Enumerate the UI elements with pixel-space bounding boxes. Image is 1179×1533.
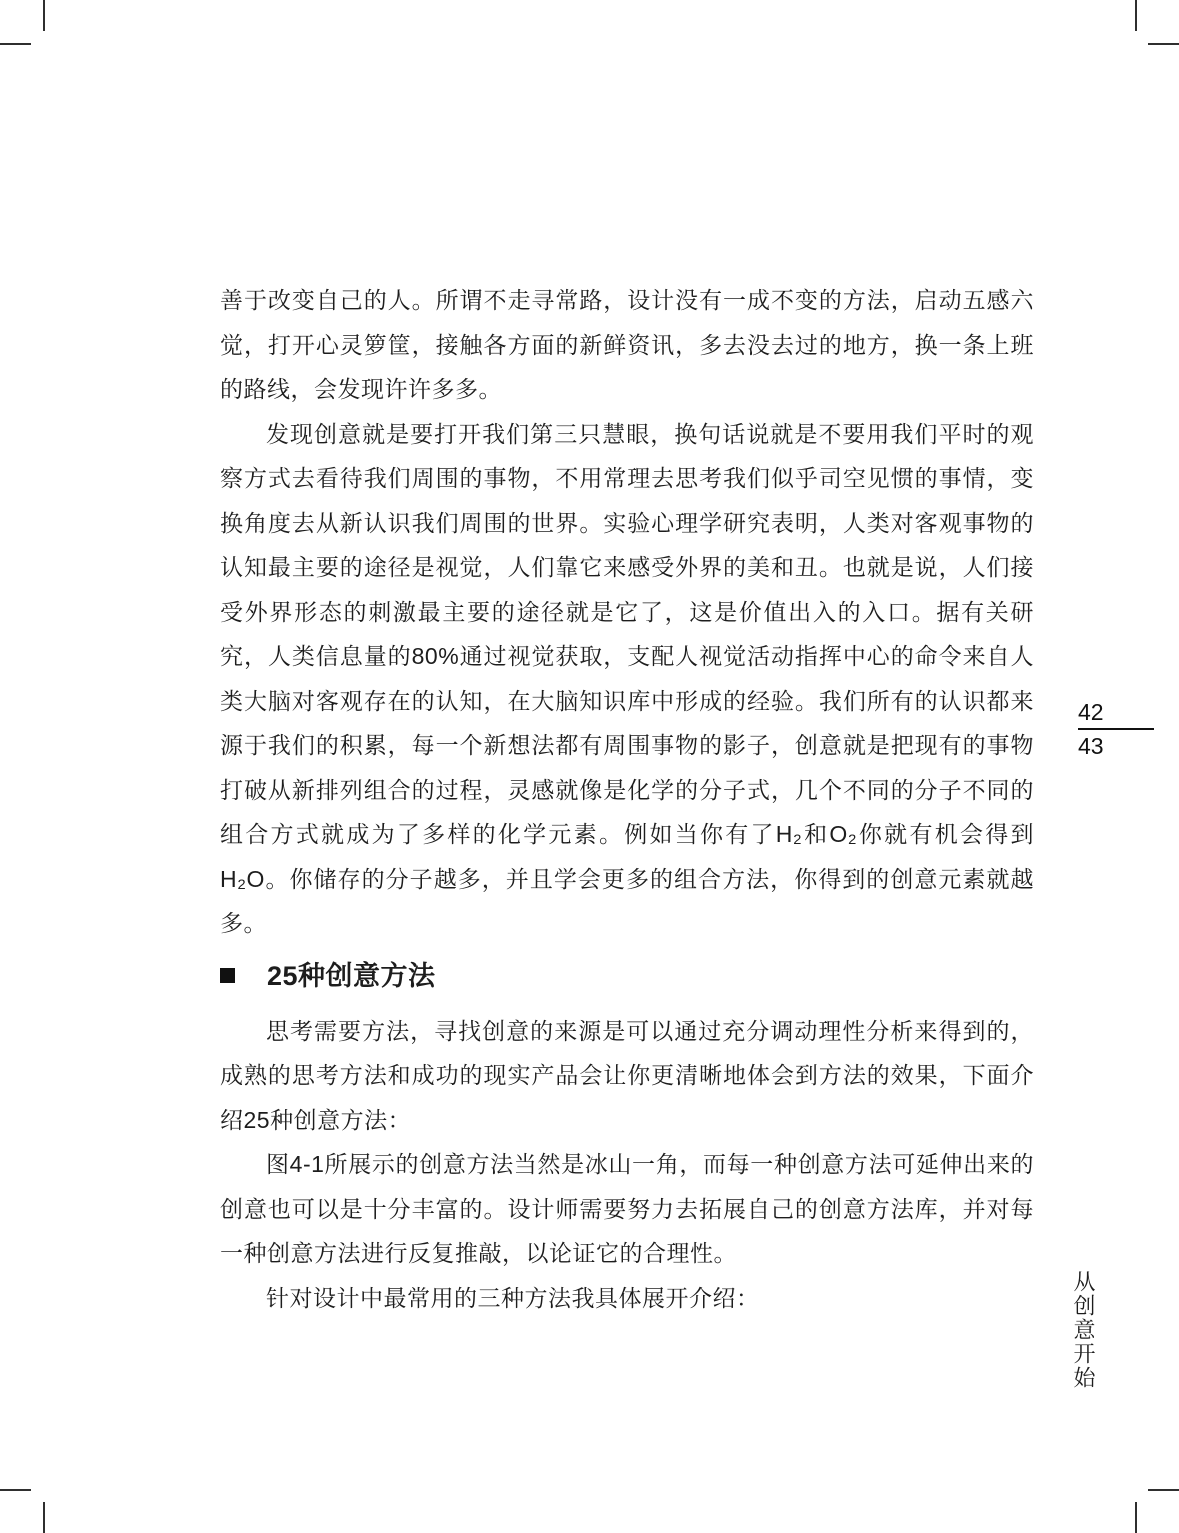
crop-mark-top-left-horizontal <box>0 43 31 45</box>
crop-mark-bottom-left-horizontal <box>0 1489 31 1491</box>
side-caption: 从创意开始 <box>1068 1270 1099 1390</box>
book-page: 善于改变自己的人。所谓不走寻常路，设计没有一成不变的方法，启动五感六觉，打开心灵… <box>0 0 1179 1533</box>
crop-mark-bottom-right-vertical <box>1135 1502 1137 1533</box>
crop-mark-bottom-right-horizontal <box>1148 1489 1179 1491</box>
folio-divider <box>1078 728 1154 730</box>
crop-mark-top-right-vertical <box>1135 0 1137 31</box>
folio-number-top: 42 <box>1078 699 1154 726</box>
paragraph: 思考需要方法，寻找创意的来源是可以通过充分调动理性分析来得到的，成熟的思考方法和… <box>220 1009 1034 1143</box>
crop-mark-bottom-left-vertical <box>43 1502 45 1533</box>
text-column: 善于改变自己的人。所谓不走寻常路，设计没有一成不变的方法，启动五感六觉，打开心灵… <box>220 278 1034 1320</box>
folio-block: 42 43 <box>1078 699 1154 760</box>
section-heading: 25种创意方法 <box>220 960 1034 992</box>
crop-mark-top-left-vertical <box>43 0 45 31</box>
square-bullet-icon <box>220 968 235 983</box>
folio-number-bottom: 43 <box>1078 733 1154 760</box>
paragraph: 发现创意就是要打开我们第三只慧眼，换句话说就是不要用我们平时的观察方式去看待我们… <box>220 412 1034 946</box>
crop-mark-top-right-horizontal <box>1148 43 1179 45</box>
paragraph: 针对设计中最常用的三种方法我具体展开介绍： <box>220 1276 1034 1321</box>
paragraph-continuation: 善于改变自己的人。所谓不走寻常路，设计没有一成不变的方法，启动五感六觉，打开心灵… <box>220 278 1034 412</box>
section-heading-label: 25种创意方法 <box>267 960 436 992</box>
paragraph: 图4-1所展示的创意方法当然是冰山一角，而每一种创意方法可延伸出来的创意也可以是… <box>220 1142 1034 1276</box>
